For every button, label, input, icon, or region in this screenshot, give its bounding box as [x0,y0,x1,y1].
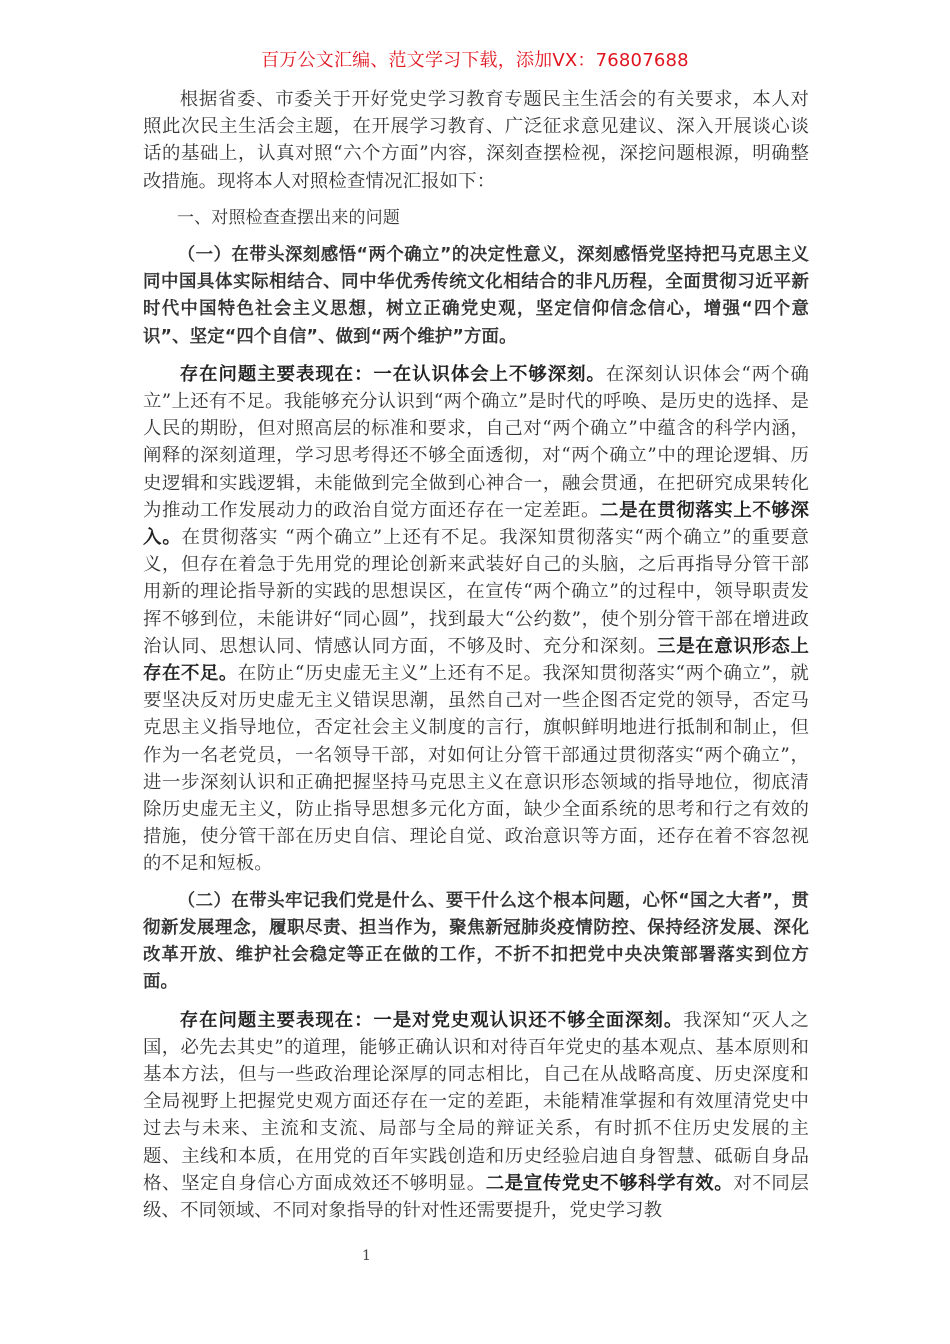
body-text: 在深刻认识体会“两个确立”上还有不足。我能够充分认识到“两个确立”是时代的呼唤、… [143,364,809,521]
lead-bold: 存在问题主要表现在：一在认识体会上不够深刻。 [180,364,606,385]
subsection-2-body: 存在问题主要表现在：一是对党史观认识还不够全面深刻。我深知“灭人之国，必先去其史… [143,1007,809,1225]
point-2-bold: 二是宣传党史不够科学有效。 [486,1173,734,1194]
subsection-1-body: 存在问题主要表现在：一在认识体会上不够深刻。在深刻认识体会“两个确立”上还有不足… [143,361,809,878]
intro-paragraph: 根据省委、市委关于开好党史学习教育专题民主生活会的有关要求，本人对照此次民主生活… [143,86,809,195]
document-body: 根据省委、市委关于开好党史学习教育专题民主生活会的有关要求，本人对照此次民主生活… [143,86,809,1224]
lead-bold: 存在问题主要表现在：一是对党史观认识还不够全面深刻。 [180,1010,683,1031]
page-number: 1 [362,1248,371,1264]
subsection-2-title: （二）在带头牢记我们党是什么、要干什么这个根本问题，心怀“国之大者”，贯彻新发展… [143,888,809,997]
section-heading: 一、对照检查查摆出来的问题 [143,205,809,232]
body-text: 在防止“历史虚无主义”上还有不足。我深知贯彻落实“两个确立”，就要坚决反对历史虚… [143,663,809,874]
promo-banner: 百万公文汇编、范文学习下载，添加VX：76807688 [0,46,950,72]
body-text: 我深知“灭人之国，必先去其史”的道理，能够正确认识和对待百年党史的基本观点、基本… [143,1010,809,1194]
subsection-1-title: （一）在带头深刻感悟“两个确立”的决定性意义，深刻感悟党坚持把马克思主义同中国具… [143,242,809,351]
